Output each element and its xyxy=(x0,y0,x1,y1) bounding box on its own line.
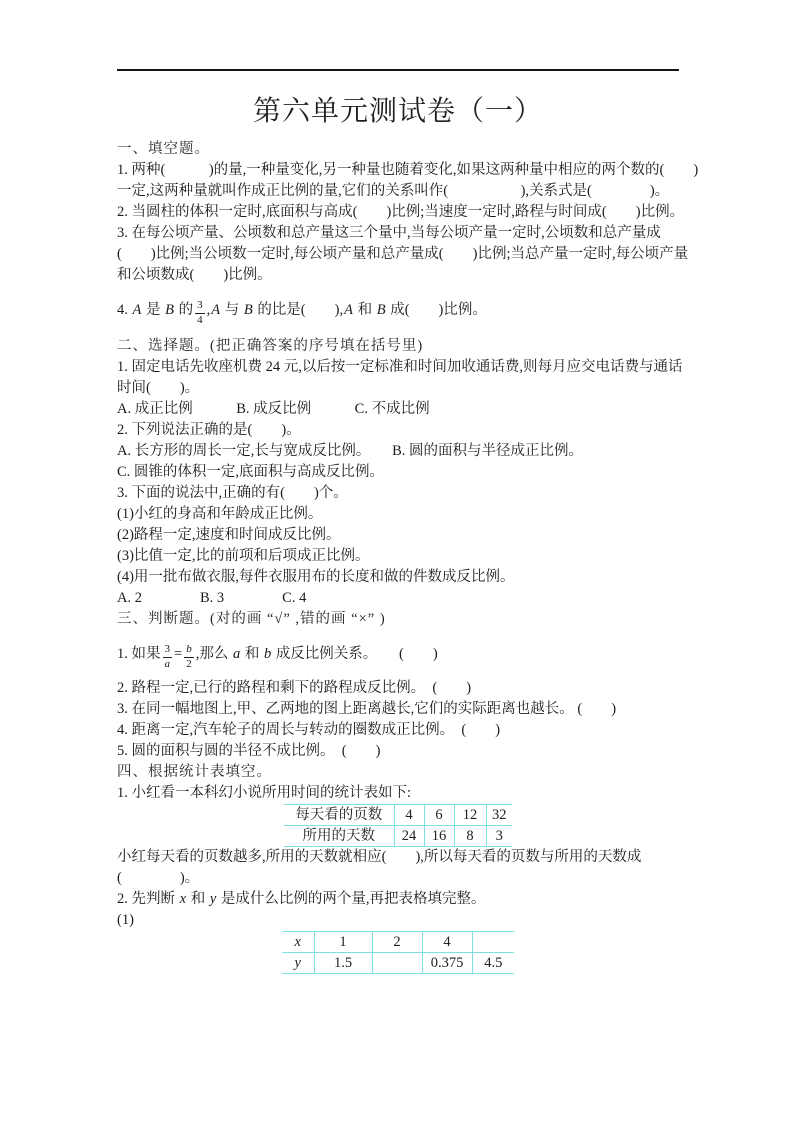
section-heading: 一、填空题。 xyxy=(117,139,679,160)
question-line: 3. 在每公顷产量、公顷数和总产量这三个量中,当每公顷产量一定时,公顷数和总产量… xyxy=(117,223,679,244)
question-line: (4)用一批布做衣服,每件衣服用布的长度和做的件数成反比例。 xyxy=(117,567,679,588)
table-cell: y xyxy=(282,953,314,974)
question-line: ( )比例;当公顷数一定时,每公顷产量和总产量成( )比例;当总产量一定时,每公… xyxy=(117,244,679,265)
table-row: x124 xyxy=(282,932,514,953)
question-line: 一定,这两种量就叫作成正比例的量,它们的关系叫作( ),关系式是( )。 xyxy=(117,181,679,202)
fraction: 3a xyxy=(163,644,173,670)
math-variable: a xyxy=(232,646,241,662)
question-line: 小红每天看的页数越多,所用的天数就相应( ),所以每天看的页数与所用的天数成 xyxy=(117,847,679,868)
question-line: 3. 在同一幅地图上,甲、乙两地的图上距离越长,它们的实际距离也越长。 ( ) xyxy=(117,699,679,720)
table-cell: 1.5 xyxy=(314,953,372,974)
table-cell: 0.375 xyxy=(422,953,472,974)
answer-options-line: A. 长方形的周长一定,长与宽成反比例。 B. 圆的面积与半径成正比例。 xyxy=(117,441,679,462)
worksheet-content: 第六单元测试卷（一） 一、填空题。 1. 两种( )的量,一种量变化,另一种量也… xyxy=(117,0,679,974)
table-cell: 12 xyxy=(454,805,486,826)
table-cell: x xyxy=(282,932,314,953)
question-line-with-fraction: 4. A 是 B 的34,A 与 B 的比是( ),A 和 B 成( )比例。 xyxy=(117,294,679,326)
math-variable: x xyxy=(179,891,187,907)
question-line: 1. 两种( )的量,一种量变化,另一种量也随着变化,如果这两种量中相应的两个数… xyxy=(117,160,679,181)
table-cell: 所用的天数 xyxy=(284,826,394,847)
pages-days-table: 每天看的页数461232所用的天数241683 xyxy=(284,804,512,847)
question-line-with-fraction: 1. 如果3a=b2,那么 a 和 b 成反比例关系。 ( ) xyxy=(117,638,679,670)
table-cell: 8 xyxy=(454,826,486,847)
section-multiple-choice: 二、选择题。(把正确答案的序号填在括号里) 1. 固定电话先收座机费 24 元,… xyxy=(117,336,679,609)
question-line: 2. 当圆柱的体积一定时,底面积与高成( )比例;当速度一定时,路程与时间成( … xyxy=(117,202,679,223)
question-line: (2)路程一定,速度和时间成反比例。 xyxy=(117,525,679,546)
section-true-false: 三、判断题。(对的画 “√” ,错的画 “×” ) 1. 如果3a=b2,那么 … xyxy=(117,609,679,762)
section-heading: 三、判断题。(对的画 “√” ,错的画 “×” ) xyxy=(117,609,679,630)
question-line: (3)比值一定,比的前项和后项成正比例。 xyxy=(117,546,679,567)
table-cell: 4 xyxy=(422,932,472,953)
table-cell: 32 xyxy=(486,805,512,826)
table-cell: 4.5 xyxy=(472,953,514,974)
xy-proportion-table: x124y1.50.3754.5 xyxy=(282,931,514,974)
table-cell: 2 xyxy=(372,932,422,953)
question-line: 2. 路程一定,已行的路程和剩下的路程成反比例。 ( ) xyxy=(117,678,679,699)
table-cell: 每天看的页数 xyxy=(284,805,394,826)
table-row: 每天看的页数461232 xyxy=(284,805,512,826)
math-variable: b xyxy=(263,646,272,662)
table-cell: 24 xyxy=(394,826,424,847)
math-variable: A xyxy=(343,302,354,318)
question-line: 2. 下列说法正确的是( )。 xyxy=(117,420,679,441)
question-line: (1)小红的身高和年龄成正比例。 xyxy=(117,504,679,525)
math-variable: B xyxy=(164,302,175,318)
page-title: 第六单元测试卷（一） xyxy=(117,93,679,131)
math-variable: y xyxy=(209,891,217,907)
table-cell: 1 xyxy=(314,932,372,953)
math-variable: B xyxy=(376,302,387,318)
table-cell xyxy=(372,953,422,974)
fraction: b2 xyxy=(184,644,194,670)
table-row: y1.50.3754.5 xyxy=(282,953,514,974)
question-line: 时间( )。 xyxy=(117,378,679,399)
question-line: 5. 圆的面积与圆的半径不成比例。 ( ) xyxy=(117,741,679,762)
question-line: 4. 距离一定,汽车轮子的周长与转动的圈数成正比例。 ( ) xyxy=(117,720,679,741)
table-cell: 4 xyxy=(394,805,424,826)
section-fill-in: 一、填空题。 1. 两种( )的量,一种量变化,另一种量也随着变化,如果这两种量… xyxy=(117,139,679,326)
sub-question-label: (1) xyxy=(117,910,679,931)
section-table-fill: 四、根据统计表填空。 1. 小红看一本科幻小说所用时间的统计表如下: 每天看的页… xyxy=(117,762,679,974)
question-line: 1. 固定电话先收座机费 24 元,以后按一定标准和时间加收通话费,则每月应交电… xyxy=(117,357,679,378)
math-variable: A xyxy=(132,302,143,318)
table-cell: 16 xyxy=(424,826,454,847)
fraction: 34 xyxy=(195,300,205,326)
section-heading: 二、选择题。(把正确答案的序号填在括号里) xyxy=(117,336,679,357)
table-row: 所用的天数241683 xyxy=(284,826,512,847)
answer-options-line: C. 圆锥的体积一定,底面积与高成反比例。 xyxy=(117,462,679,483)
question-line: ( )。 xyxy=(117,868,679,889)
math-variable: A xyxy=(210,302,221,318)
table-cell xyxy=(472,932,514,953)
math-variable: B xyxy=(243,302,254,318)
section-heading: 四、根据统计表填空。 xyxy=(117,762,679,783)
answer-options-line: A. 成正比例 B. 成反比例 C. 不成比例 xyxy=(117,399,679,420)
question-line: 和公顷数成( )比例。 xyxy=(117,265,679,286)
table-cell: 3 xyxy=(486,826,512,847)
answer-options-line: A. 2 B. 3 C. 4 xyxy=(117,588,679,609)
table-cell: 6 xyxy=(424,805,454,826)
worksheet-page: 第六单元测试卷（一） 一、填空题。 1. 两种( )的量,一种量变化,另一种量也… xyxy=(0,0,793,1122)
question-line: 2. 先判断 x 和 y 是成什么比例的两个量,再把表格填完整。 xyxy=(117,889,679,910)
question-line: 3. 下面的说法中,正确的有( )个。 xyxy=(117,483,679,504)
question-line: 1. 小红看一本科幻小说所用时间的统计表如下: xyxy=(117,783,679,804)
